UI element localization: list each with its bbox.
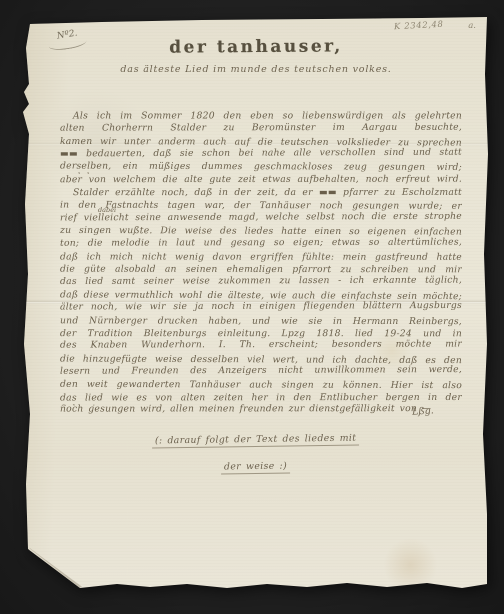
closing-line-1: (: darauf folgt der Text des liedes mit <box>152 433 360 449</box>
interlinear-insertion: dabei <box>98 206 116 214</box>
manuscript-page: Nº2. K 2342,48 a. der tanhauser, das ält… <box>22 14 490 594</box>
author-signature: Lßg. <box>412 405 434 417</box>
manuscript-line: und Nürnberger drucken haben, und wie si… <box>60 315 462 329</box>
manuscript-line: ▬▬ bedauerten, daß sie schon bei nahe al… <box>60 147 462 162</box>
manuscript-line: ton; die melodie in laut und gesang so e… <box>60 237 462 251</box>
manuscript-line: daß ich mich nicht wenig davon ergriffen… <box>60 251 462 264</box>
dogear-folded-corner <box>24 544 82 590</box>
manuscript-line: aber von welchem die alte gute zeit etwa… <box>60 174 462 187</box>
manuscript-line: das lied samt seiner weise zukommen zu l… <box>60 275 462 289</box>
manuscript-body: Als ich im Sommer 1820 den eben so liebe… <box>60 110 462 417</box>
manuscript-title: der tanhauser, <box>22 35 490 58</box>
paper-sheet: Nº2. K 2342,48 a. der tanhauser, das ält… <box>22 14 490 594</box>
manuscript-line: des Knaben Wunderhorn. I. Th. erscheint;… <box>60 339 462 353</box>
corner-folio-mark: a. <box>468 21 476 31</box>
photograph-of-manuscript: { "page": { "background_color": "#1f1f1f… <box>0 0 504 614</box>
manuscript-line: alten Chorherrn Stalder zu Beromünster i… <box>60 122 462 136</box>
manuscript-line: lesern und Freunden des Anzeigers nicht … <box>60 364 462 379</box>
manuscript-line: den weit gewanderten Tanhäuser auch sing… <box>60 379 462 393</box>
manuscript-line: Stalder erzählte noch, daß in der zeit, … <box>60 187 462 200</box>
manuscript-line: noch gesungen wird, allen meinen freunde… <box>60 403 462 416</box>
catalog-shelfmark: K 2342,48 <box>394 20 444 33</box>
manuscript-subtitle: das älteste Lied im munde des teutschen … <box>22 64 490 75</box>
manuscript-line: älter noch, wie wir sie ja noch in einig… <box>60 300 462 314</box>
closing-note: (: darauf folgt der Text des liedes mit … <box>22 427 490 474</box>
closing-line-2: der weise :) <box>221 461 290 475</box>
manuscript-line: rief vielleicht seine anwesende magd, we… <box>60 211 462 225</box>
